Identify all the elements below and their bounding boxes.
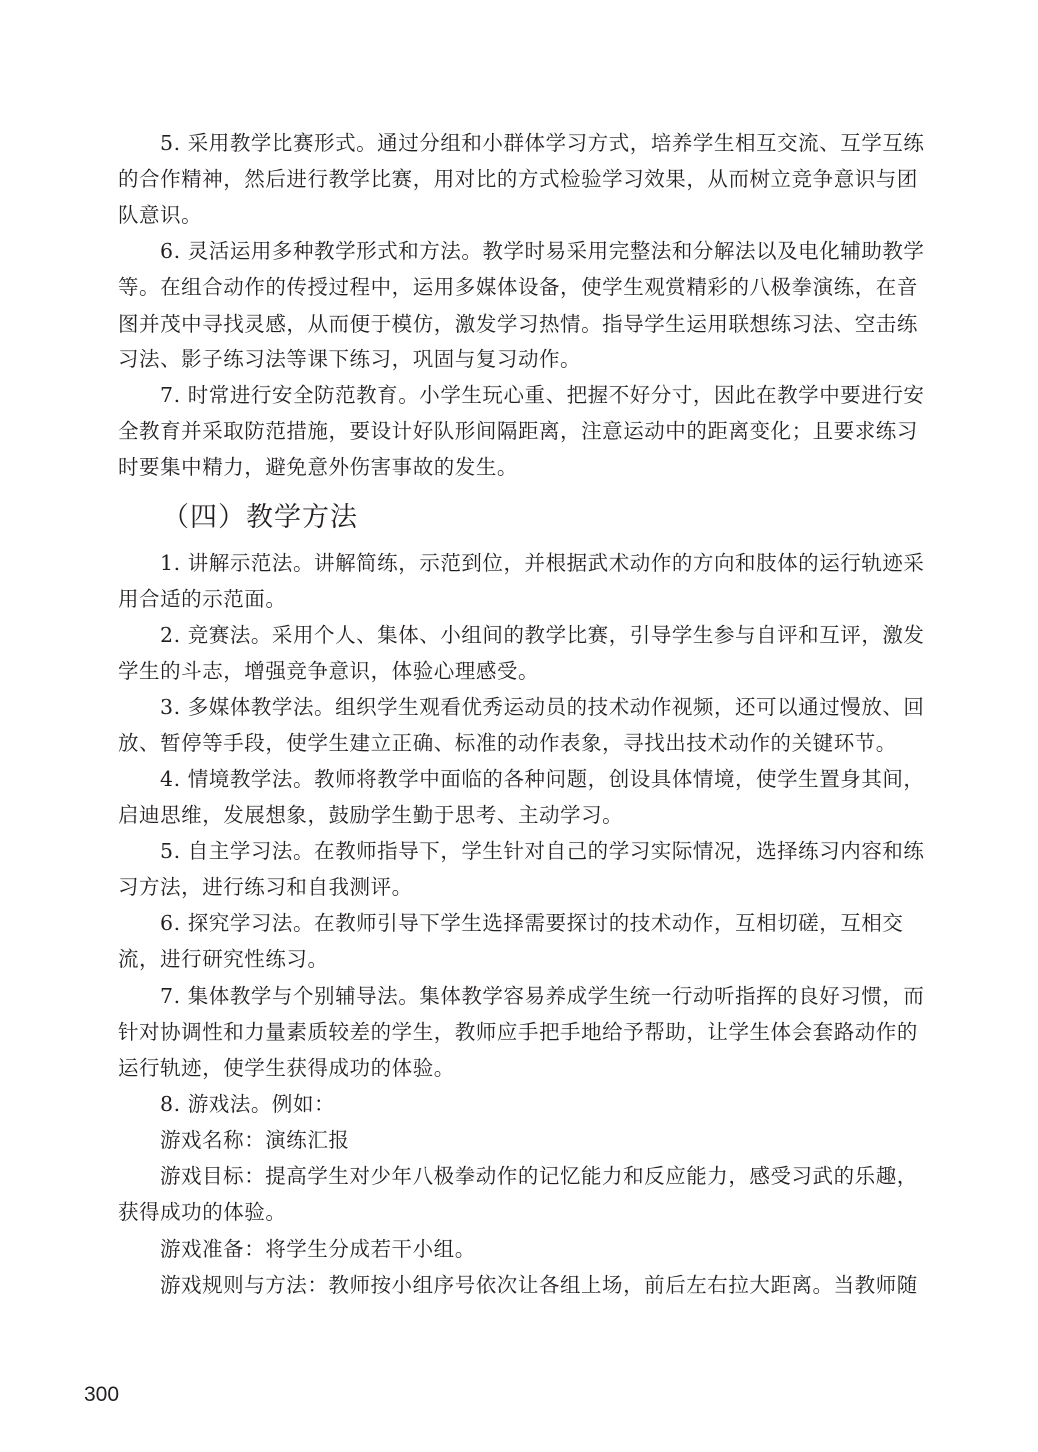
paragraph-line: 6. 灵活运用多种教学形式和方法。教学时易采用完整法和分解法以及电化辅助教学 bbox=[160, 237, 980, 265]
paragraph-line: 时要集中精力，避免意外伤害事故的发生。 bbox=[118, 453, 938, 481]
paragraph-line: 7. 时常进行安全防范教育。小学生玩心重、把握不好分寸，因此在教学中要进行安 bbox=[160, 381, 980, 409]
method-line: 用合适的示范面。 bbox=[118, 585, 938, 613]
method-line: 2. 竞赛法。采用个人、集体、小组间的教学比赛，引导学生参与自评和互评，激发 bbox=[160, 621, 980, 649]
game-goal-line: 游戏目标：提高学生对少年八极拳动作的记忆能力和反应能力，感受习武的乐趣， bbox=[160, 1162, 980, 1190]
method-line: 1. 讲解示范法。讲解简练，示范到位，并根据武术动作的方向和肢体的运行轨迹采 bbox=[160, 549, 980, 577]
method-line: 放、暂停等手段，使学生建立正确、标准的动作表象，寻找出技术动作的关键环节。 bbox=[118, 729, 938, 757]
method-line: 6. 探究学习法。在教师引导下学生选择需要探讨的技术动作，互相切磋，互相交 bbox=[160, 909, 980, 937]
method-line: 8. 游戏法。例如： bbox=[160, 1090, 980, 1118]
method-line: 习方法，进行练习和自我测评。 bbox=[118, 873, 938, 901]
game-name-line: 游戏名称：演练汇报 bbox=[160, 1126, 980, 1154]
game-rules-line: 游戏规则与方法：教师按小组序号依次让各组上场，前后左右拉大距离。当教师随 bbox=[160, 1271, 980, 1299]
game-goal-line: 获得成功的体验。 bbox=[118, 1198, 938, 1226]
paragraph-line: 图并茂中寻找灵感，从而便于模仿，激发学习热情。指导学生运用联想练习法、空击练 bbox=[118, 310, 938, 338]
game-prep-line: 游戏准备：将学生分成若干小组。 bbox=[160, 1235, 980, 1263]
method-line: 3. 多媒体教学法。组织学生观看优秀运动员的技术动作视频，还可以通过慢放、回 bbox=[160, 693, 980, 721]
method-line: 5. 自主学习法。在教师指导下，学生针对自己的学习实际情况，选择练习内容和练 bbox=[160, 837, 980, 865]
paragraph-line: 队意识。 bbox=[118, 201, 938, 229]
method-line: 学生的斗志，增强竞争意识，体验心理感受。 bbox=[118, 657, 938, 685]
paragraph-line: 的合作精神，然后进行教学比赛，用对比的方式检验学习效果，从而树立竞争意识与团 bbox=[118, 165, 938, 193]
paragraph-line: 全教育并采取防范措施，要设计好队形间隔距离，注意运动中的距离变化；且要求练习 bbox=[118, 417, 938, 445]
method-line: 7. 集体教学与个别辅导法。集体教学容易养成学生统一行动听指挥的良好习惯，而 bbox=[160, 982, 980, 1010]
method-line: 流，进行研究性练习。 bbox=[118, 945, 938, 973]
section-heading: （四）教学方法 bbox=[162, 500, 358, 536]
page-number: 300 bbox=[84, 1383, 119, 1407]
method-line: 4. 情境教学法。教师将教学中面临的各种问题，创设具体情境，使学生置身其间， bbox=[160, 765, 980, 793]
document-page: 5. 采用教学比赛形式。通过分组和小群体学习方式，培养学生相互交流、互学互练 的… bbox=[0, 0, 1038, 1452]
method-line: 启迪思维，发展想象，鼓励学生勤于思考、主动学习。 bbox=[118, 801, 938, 829]
method-line: 针对协调性和力量素质较差的学生，教师应手把手地给予帮助，让学生体会套路动作的 bbox=[118, 1018, 938, 1046]
paragraph-line: 5. 采用教学比赛形式。通过分组和小群体学习方式，培养学生相互交流、互学互练 bbox=[160, 129, 980, 157]
method-line: 运行轨迹，使学生获得成功的体验。 bbox=[118, 1054, 938, 1082]
paragraph-line: 习法、影子练习法等课下练习，巩固与复习动作。 bbox=[118, 345, 938, 373]
paragraph-line: 等。在组合动作的传授过程中，运用多媒体设备，使学生观赏精彩的八极拳演练，在音 bbox=[118, 273, 938, 301]
